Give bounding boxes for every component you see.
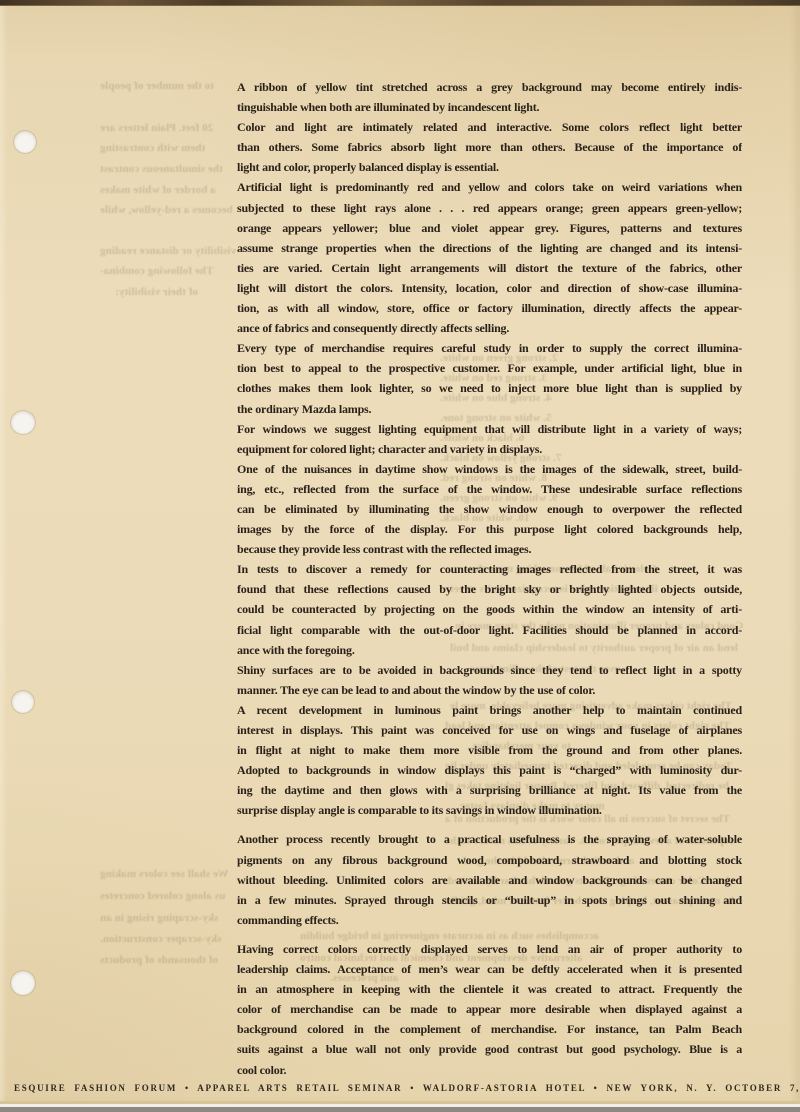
text-line: because they provide less contrast with … bbox=[237, 539, 742, 559]
ghost-text-line: sky-scraping rising in an bbox=[100, 912, 218, 924]
text-line: color of merchandise can be made to appe… bbox=[237, 999, 742, 1019]
text-line: Artificial light is predominantly red an… bbox=[237, 177, 742, 197]
text-line: assume strange properties when the direc… bbox=[237, 238, 742, 258]
text-line: cool color. bbox=[237, 1060, 742, 1080]
text-line: Color and light are intimately related a… bbox=[237, 117, 742, 137]
ghost-text-line: We shall see colors making bbox=[100, 868, 229, 880]
text-line: in a few minutes. Sprayed through stenci… bbox=[237, 890, 742, 910]
paragraph: Another process recently brought to a pr… bbox=[237, 829, 742, 929]
text-line: One of the nuisances in daytime show win… bbox=[237, 459, 742, 479]
paragraph: A ribbon of yellow tint stretched across… bbox=[237, 77, 742, 117]
text-line: orange appears yellower; blue and violet… bbox=[237, 218, 742, 238]
text-line: suits against a blue wall not only provi… bbox=[237, 1039, 742, 1059]
text-line: ties are varied. Certain light arrangeme… bbox=[237, 258, 742, 278]
text-line: tion best to appeal to the prospective c… bbox=[237, 358, 742, 378]
paragraph: Having correct colors correctly displaye… bbox=[237, 939, 742, 1080]
text-line: ing, etc., reflected from the surface of… bbox=[237, 479, 742, 499]
text-line: the ordinary Mazda lamps. bbox=[237, 399, 742, 419]
paragraph: In tests to discover a remedy for counte… bbox=[237, 559, 742, 659]
text-line: manner. The eye can be lead to and about… bbox=[237, 680, 742, 700]
punch-hole bbox=[14, 131, 36, 153]
text-line: commanding effects. bbox=[237, 910, 742, 930]
ghost-text-line: sky-scraper construction. bbox=[100, 933, 221, 945]
text-line: light will distort the colors. Intensity… bbox=[237, 278, 742, 298]
text-line: ance with the foregoing. bbox=[237, 640, 742, 660]
text-line: ance of fabrics and consequently directl… bbox=[237, 318, 742, 338]
punch-hole bbox=[11, 411, 35, 434]
paragraph: One of the nuisances in daytime show win… bbox=[237, 459, 742, 559]
text-line: clothes makes them look lighter, so we n… bbox=[237, 378, 742, 398]
text-line: images by the force of the display. For … bbox=[237, 519, 742, 539]
scan-edge bbox=[0, 1104, 800, 1107]
ghost-text-line: The following combina- bbox=[100, 265, 213, 277]
text-line: Having correct colors correctly displaye… bbox=[237, 939, 742, 959]
paragraph: Artificial light is predominantly red an… bbox=[237, 177, 742, 338]
paragraph: Color and light are intimately related a… bbox=[237, 117, 742, 177]
paragraph: Shiny surfaces are to be avoided in back… bbox=[237, 660, 742, 700]
text-line: ing the daytime and then glows with a su… bbox=[237, 780, 742, 800]
paragraph: Every type of merchandise requires caref… bbox=[237, 338, 742, 418]
punch-hole bbox=[12, 691, 34, 713]
text-line: A ribbon of yellow tint stretched across… bbox=[237, 77, 742, 97]
ghost-text-line: us along colored concretes bbox=[100, 890, 225, 902]
text-line: could be counteracted by projecting on t… bbox=[237, 599, 742, 619]
text-line: tinguishable when both are illuminated b… bbox=[237, 97, 742, 117]
paragraph: For windows we suggest lighting equipmen… bbox=[237, 419, 742, 459]
ghost-text-line: 20 feet. Plain letters are bbox=[100, 122, 213, 134]
text-line: than others. Some fabrics absorb light m… bbox=[237, 137, 742, 157]
ghost-text-line: of thousands of products bbox=[100, 954, 218, 966]
text-line: In tests to discover a remedy for counte… bbox=[237, 559, 742, 579]
text-line: light and color, properly balanced displ… bbox=[237, 157, 742, 177]
text-line: leadership claims. Acceptance of men’s w… bbox=[237, 959, 742, 979]
ghost-text-line: the simultaneous contrast bbox=[100, 163, 223, 175]
ghost-text-line: to the number of people bbox=[100, 80, 214, 92]
page-top-edge bbox=[0, 0, 800, 6]
text-line: without bleeding. Unlimited colors are a… bbox=[237, 870, 742, 890]
text-line: background colored in the complement of … bbox=[237, 1019, 742, 1039]
footer-imprint: ESQUIRE FASHION FORUM • APPAREL ARTS RET… bbox=[14, 1083, 794, 1097]
text-line: equipment for colored light; character a… bbox=[237, 439, 742, 459]
ghost-text-line: them with contrasting bbox=[100, 142, 205, 154]
ghost-text-line: of their visibility: bbox=[115, 286, 198, 298]
text-line: tion, as with all window, store, office … bbox=[237, 298, 742, 318]
text-line: For windows we suggest lighting equipmen… bbox=[237, 419, 742, 439]
punch-hole bbox=[11, 971, 35, 995]
text-line: Every type of merchandise requires caref… bbox=[237, 338, 742, 358]
paragraph: A recent development in luminous paint b… bbox=[237, 700, 742, 821]
text-line: interest in displays. This paint was con… bbox=[237, 720, 742, 740]
text-line: can be eliminated by illuminating the sh… bbox=[237, 499, 742, 519]
text-line: Another process recently brought to a pr… bbox=[237, 829, 742, 849]
text-line: Shiny surfaces are to be avoided in back… bbox=[237, 660, 742, 680]
text-line: subjected to these light rays alone . . … bbox=[237, 198, 742, 218]
text-line: in flight at night to make them more vis… bbox=[237, 740, 742, 760]
ghost-text-line: a border of white makes bbox=[100, 184, 216, 196]
ghost-text-line: visibility or distance reading bbox=[100, 245, 236, 257]
text-block: A ribbon of yellow tint stretched across… bbox=[237, 77, 742, 1080]
text-line: in an atmosphere in keeping with the cli… bbox=[237, 979, 742, 999]
text-line: Adopted to backgrounds in window display… bbox=[237, 760, 742, 780]
text-line: ficial light comparable with the out-of-… bbox=[237, 620, 742, 640]
ghost-text-line: becomes a red-yellow, while bbox=[100, 204, 233, 216]
text-line: surprise display angle is comparable to … bbox=[237, 800, 742, 820]
text-line: A recent development in luminous paint b… bbox=[237, 700, 742, 720]
scanned-page: to the number of people20 feet. Plain le… bbox=[0, 0, 800, 1104]
text-line: pigments on any fibrous background wood,… bbox=[237, 850, 742, 870]
text-line: found that these reflections caused by t… bbox=[237, 579, 742, 599]
